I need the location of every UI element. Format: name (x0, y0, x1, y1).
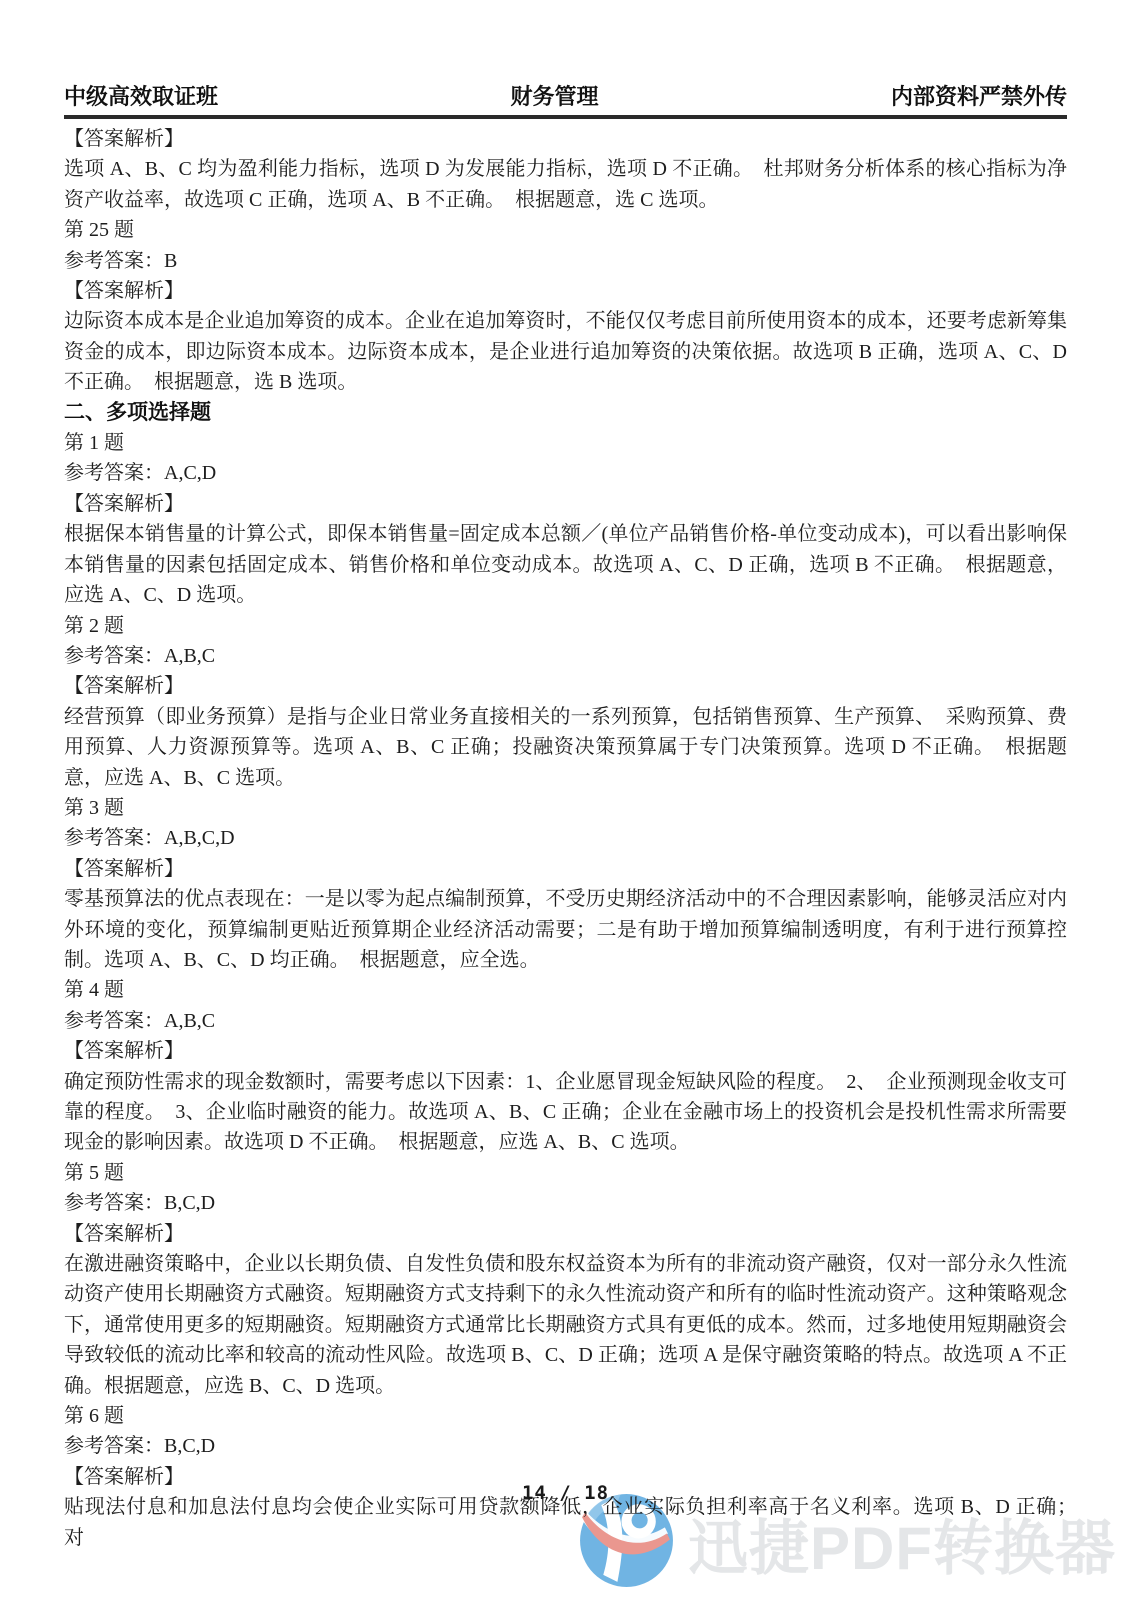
reference-answer: 参考答案：A,B,C (64, 641, 1067, 671)
answer-analysis-label: 【答案解析】 (64, 124, 1067, 154)
header-course-title: 中级高效取证班 (64, 84, 218, 110)
reference-answer: 参考答案：A,C,D (64, 458, 1067, 488)
explanation-paragraph: 在激进融资策略中，企业以长期负债、自发性负债和股东权益资本为所有的非流动资产融资… (64, 1249, 1067, 1401)
page-content: 中级高效取证班 财务管理 内部资料严禁外传 【答案解析】选项 A、B、C 均为盈… (0, 0, 1131, 1553)
reference-answer: 参考答案：A,B,C,D (64, 823, 1067, 853)
explanation-paragraph: 经营预算（即业务预算）是指与企业日常业务直接相关的一系列预算，包括销售预算、生产… (64, 702, 1067, 793)
answer-analysis-label: 【答案解析】 (64, 671, 1067, 701)
answer-analysis-label: 【答案解析】 (64, 1036, 1067, 1066)
section-heading: 二、多项选择题 (64, 398, 1067, 428)
document-body: 【答案解析】选项 A、B、C 均为盈利能力指标，选项 D 为发展能力指标，选项 … (64, 124, 1067, 1553)
question-number: 第 1 题 (64, 428, 1067, 458)
page-number: 14 / 18 (0, 1482, 1131, 1504)
header-confidential-notice: 内部资料严禁外传 (891, 84, 1067, 110)
reference-answer: 参考答案：A,B,C (64, 1006, 1067, 1036)
question-number: 第 5 题 (64, 1158, 1067, 1188)
explanation-paragraph: 确定预防性需求的现金数额时，需要考虑以下因素：1、企业愿冒现金短缺风险的程度。 … (64, 1067, 1067, 1158)
answer-analysis-label: 【答案解析】 (64, 489, 1067, 519)
reference-answer: 参考答案：B,C,D (64, 1188, 1067, 1218)
answer-analysis-label: 【答案解析】 (64, 854, 1067, 884)
reference-answer: 参考答案：B (64, 246, 1067, 276)
document-page: 迅捷PDF转换器 中级高效取证班 财务管理 内部资料严禁外传 【答案解析】选项 … (0, 0, 1131, 1600)
question-number: 第 3 题 (64, 793, 1067, 823)
question-number: 第 25 题 (64, 215, 1067, 245)
page-header: 中级高效取证班 财务管理 内部资料严禁外传 (64, 84, 1067, 119)
answer-analysis-label: 【答案解析】 (64, 1219, 1067, 1249)
question-number: 第 6 题 (64, 1401, 1067, 1431)
explanation-paragraph: 零基预算法的优点表现在：一是以零为起点编制预算，不受历史期经济活动中的不合理因素… (64, 884, 1067, 975)
explanation-paragraph: 根据保本销售量的计算公式，即保本销售量=固定成本总额／(单位产品销售价格-单位变… (64, 519, 1067, 610)
explanation-paragraph: 边际资本成本是企业追加筹资的成本。企业在追加筹资时，不能仅仅考虑目前所使用资本的… (64, 306, 1067, 397)
header-subject-title: 财务管理 (510, 84, 598, 110)
question-number: 第 4 题 (64, 975, 1067, 1005)
reference-answer: 参考答案：B,C,D (64, 1431, 1067, 1461)
question-number: 第 2 题 (64, 611, 1067, 641)
explanation-paragraph: 选项 A、B、C 均为盈利能力指标，选项 D 为发展能力指标，选项 D 不正确。… (64, 154, 1067, 215)
answer-analysis-label: 【答案解析】 (64, 276, 1067, 306)
